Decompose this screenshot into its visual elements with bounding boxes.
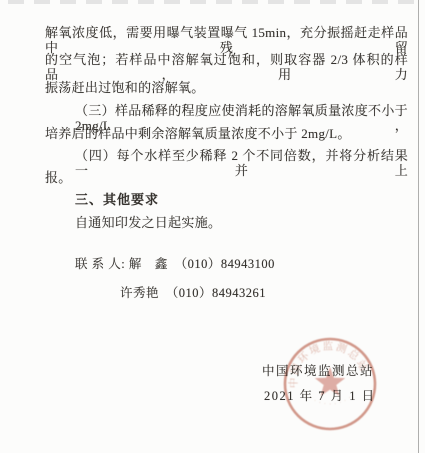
contact-line-2: 许秀艳 （010）84943261 xyxy=(120,286,266,301)
contact-phone-1: （010）84943100 xyxy=(181,257,275,271)
body-line: 自通知印发之日起实施。 xyxy=(75,215,221,230)
body-line: （四）每个水样至少稀释 2 个不同倍数，并将分析结果一并上 xyxy=(75,148,408,178)
contact-label: 联 系 人: xyxy=(75,257,129,271)
body-line: 振荡赶出过饱和的溶解氧。 xyxy=(45,80,205,95)
contact-name-2: 许秀艳 xyxy=(120,286,159,300)
contact-name-1: 解 鑫 xyxy=(129,257,168,271)
official-seal: 中国环境监测总站 · · · · · · · · · · xyxy=(255,320,425,453)
body-line: 报。 xyxy=(45,170,72,185)
body-line: 培养后的样品中剩余溶解氧质量浓度不小于 2mg/L。 xyxy=(45,126,351,141)
scan-top-artifact xyxy=(8,0,417,4)
seal-bottom-marks: · · · · · · · · · · xyxy=(303,392,353,408)
body-line: 解氧浓度低，需要用曝气装置曝气 15min，充分振摇赶走样品中残留 xyxy=(45,25,408,55)
section-heading: 三、其他要求 xyxy=(75,192,159,207)
scanned-document-page: 解氧浓度低，需要用曝气装置曝气 15min，充分振摇赶走样品中残留 的空气泡；若… xyxy=(0,0,425,453)
svg-text:· · · · · · · · · ·: · · · · · · · · · · xyxy=(303,392,353,408)
contact-line-1: 联 系 人: 解 鑫 （010）84943100 xyxy=(75,257,275,272)
seal-star-icon xyxy=(315,367,345,396)
body-line: 的空气泡；若样品中溶解氧过饱和，则取容器 2/3 体积的样品，用力 xyxy=(45,52,408,82)
contact-phone-2: （010）84943261 xyxy=(172,286,266,300)
